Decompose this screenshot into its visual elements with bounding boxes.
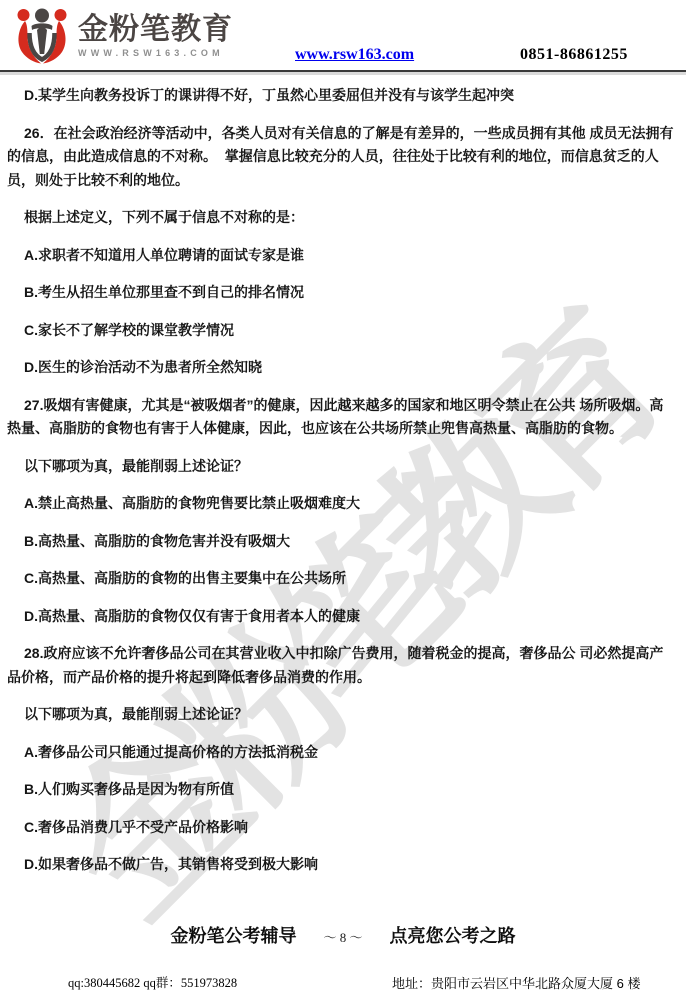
paragraph: 以下哪项为真，最能削弱上述论证？: [7, 455, 676, 479]
paragraph: 28.政府应该不允许奢侈品公司在其营业收入中扣除广告费用，随着税金的提高，奢侈品…: [7, 642, 676, 689]
paragraph: D.某学生向教务投诉丁的课讲得不好，丁虽然心里委屈但并没有与该学生起冲突: [7, 84, 676, 108]
paragraph: C.高热量、高脂肪的食物的出售主要集中在公共场所: [7, 567, 676, 591]
logo-text: 金粉笔教育 WWW.RSW163.COM: [78, 14, 233, 58]
paragraph: 26．在社会政治经济等活动中，各类人员对有关信息的了解是有差异的，一些成员拥有其…: [7, 122, 676, 193]
paragraph: A.求职者不知道用人单位聘请的面试专家是谁: [7, 244, 676, 268]
paragraph: A.禁止高热量、高脂肪的食物兜售要比禁止吸烟难度大: [7, 492, 676, 516]
footer-title-row: 金粉笔公考辅导 ～ 8 ～ 点亮您公考之路: [0, 922, 686, 948]
paragraph: 根据上述定义，下列不属于信息不对称的是：: [7, 206, 676, 230]
paragraph: A.奢侈品公司只能通过提高价格的方法抵消税金: [7, 741, 676, 765]
paragraph: 27.吸烟有害健康，尤其是“被吸烟者”的健康，因此越来越多的国家和地区明令禁止在…: [7, 394, 676, 441]
qq-contact: qq:380445682 qq群：551973828: [68, 973, 237, 991]
paragraph: B.人们购买奢侈品是因为物有所值: [7, 778, 676, 802]
paragraph: C.奢侈品消费几乎不受产品价格影响: [7, 816, 676, 840]
paragraph: 以下哪项为真，最能削弱上述论证？: [7, 703, 676, 727]
brand-name: 金粉笔教育: [78, 14, 233, 46]
brand-site-url: WWW.RSW163.COM: [78, 48, 233, 58]
paragraph: C.家长不了解学校的课堂教学情况: [7, 319, 676, 343]
document-page: 金粉笔教育 金粉笔教育 WWW.RSW163.COM www.rsw163.co…: [0, 0, 686, 1008]
question-content: D.某学生向教务投诉丁的课讲得不好，丁虽然心里委屈但并没有与该学生起冲突26．在…: [7, 84, 676, 891]
page-header: 金粉笔教育 WWW.RSW163.COM www.rsw163.com 0851…: [0, 0, 686, 72]
phone-number: 0851-86861255: [520, 46, 628, 64]
brand-logo: 金粉笔教育 WWW.RSW163.COM: [14, 7, 233, 65]
footer-brand-text: 金粉笔公考辅导: [170, 922, 296, 948]
paragraph: D.医生的诊治活动不为患者所全然知晓: [7, 356, 676, 380]
paragraph: B.考生从招生单位那里查不到自己的排名情况: [7, 281, 676, 305]
paragraph: D.高热量、高脂肪的食物仅仅有害于食用者本人的健康: [7, 605, 676, 629]
address-text: 地址：贵阳市云岩区中华北路众厦大厦 6 楼: [392, 973, 640, 992]
logo-emblem-icon: [14, 7, 70, 65]
website-link[interactable]: www.rsw163.com: [295, 46, 414, 64]
footer-info-row: qq:380445682 qq群：551973828 地址：贵阳市云岩区中华北路…: [0, 973, 686, 991]
page-number: ～ 8 ～: [323, 927, 362, 946]
paragraph: D.如果奢侈品不做广告，其销售将受到极大影响: [7, 853, 676, 877]
paragraph: B.高热量、高脂肪的食物危害并没有吸烟大: [7, 530, 676, 554]
footer-slogan-text: 点亮您公考之路: [390, 922, 516, 948]
